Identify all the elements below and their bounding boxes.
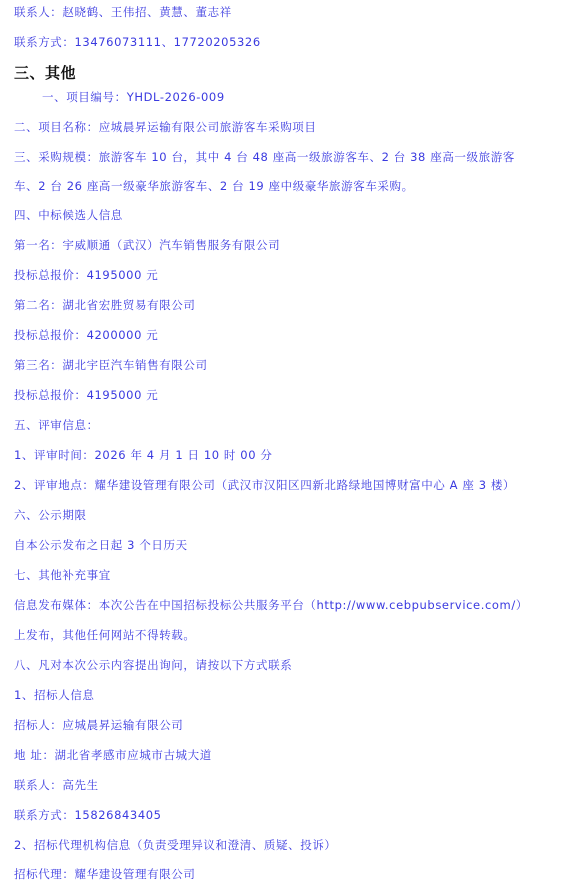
agency-name: 招标代理：耀华建设管理有限公司 (14, 866, 196, 882)
cebpubservice-link[interactable]: http://www.cebpubservice.com/ (317, 598, 516, 612)
contact-phone-label: 联系方式： (14, 35, 75, 49)
candidate-2-price: 投标总报价：4200000 元 (14, 327, 158, 343)
publishing-media-suffix: ） (516, 598, 528, 612)
tenderer-contact-person: 联系人：高先生 (14, 777, 99, 793)
review-time: 1、评审时间：2026 年 4 月 1 日 10 时 00 分 (14, 447, 272, 463)
contact-phone-value: 13476073111、17720205326 (75, 35, 261, 49)
project-name: 二、项目名称：应城晨昇运输有限公司旅游客车采购项目 (14, 119, 317, 135)
tenderer-info-title: 1、招标人信息 (14, 687, 95, 703)
candidate-1-price: 投标总报价：4195000 元 (14, 267, 158, 283)
previous-contact-persons: 联系人：赵晓鹤、王伟招、黄慧、董志祥 (14, 4, 232, 20)
tenderer-address: 地 址：湖北省孝感市应城市古城大道 (14, 747, 212, 763)
candidate-1-name: 第一名：宇威顺通（武汉）汽车销售服务有限公司 (14, 237, 280, 253)
previous-contact-phone: 联系方式：13476073111、17720205326 (14, 34, 261, 50)
candidate-3-price: 投标总报价：4195000 元 (14, 387, 158, 403)
other-matters-title: 七、其他补充事宜 (14, 567, 111, 583)
tenderer-phone: 联系方式：15826843405 (14, 807, 162, 823)
review-place: 2、评审地点：耀华建设管理有限公司（武汉市汉阳区四新北路绿地国博财富中心 A 座… (14, 477, 515, 493)
publishing-media: 信息发布媒体：本次公告在中国招标投标公共服务平台（http://www.cebp… (14, 597, 528, 613)
inquiry-contact-title: 八、凡对本次公示内容提出询问，请按以下方式联系 (14, 657, 292, 673)
publicity-period: 自本公示发布之日起 3 个日历天 (14, 537, 188, 553)
section-heading-other: 三、其他 (14, 63, 76, 83)
candidate-3-name: 第三名：湖北宇臣汽车销售有限公司 (14, 357, 208, 373)
candidates-title: 四、中标候选人信息 (14, 207, 123, 223)
procurement-scale-line-1: 三、采购规模：旅游客车 10 台，其中 4 台 48 座高一级旅游客车、2 台 … (14, 149, 515, 165)
project-number: 一、项目编号：YHDL-2026-009 (42, 89, 225, 105)
candidate-2-name: 第二名：湖北省宏胜贸易有限公司 (14, 297, 196, 313)
publishing-media-line-2: 上发布，其他任何网站不得转载。 (14, 627, 196, 643)
publishing-media-prefix: 信息发布媒体：本次公告在中国招标投标公共服务平台（ (14, 598, 317, 612)
agency-info-title: 2、招标代理机构信息（负责受理异议和澄清、质疑、投诉） (14, 837, 337, 853)
publicity-period-title: 六、公示期限 (14, 507, 87, 523)
review-info-title: 五、评审信息： (14, 417, 99, 433)
contact-persons-value: 赵晓鹤、王伟招、黄慧、董志祥 (62, 5, 231, 19)
tenderer-name: 招标人：应城晨昇运输有限公司 (14, 717, 183, 733)
procurement-scale-line-2: 车、2 台 26 座高一级豪华旅游客车、2 台 19 座中级豪华旅游客车采购。 (14, 178, 414, 194)
contact-persons-label: 联系人： (14, 5, 62, 19)
